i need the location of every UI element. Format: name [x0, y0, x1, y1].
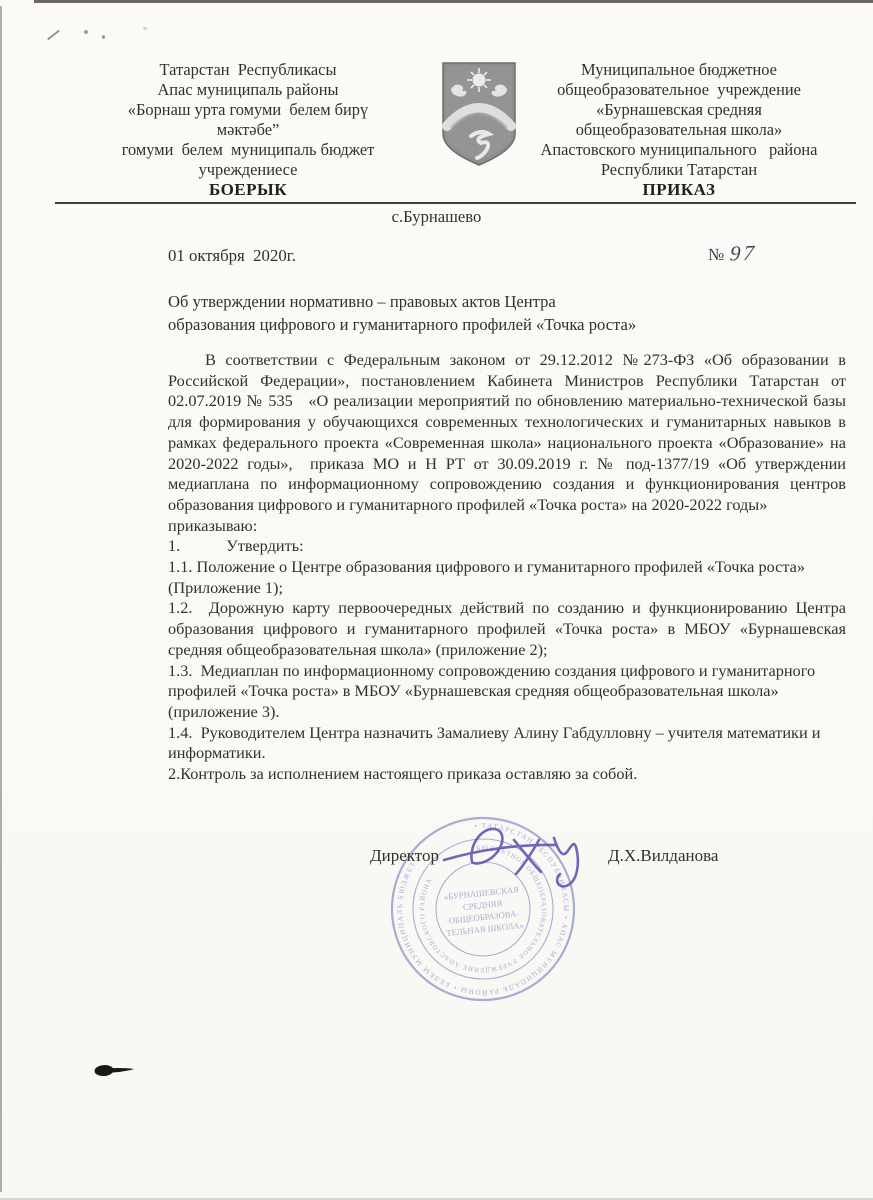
signatory-name: Д.Х.Вилданова	[608, 846, 718, 866]
header-tatar-line: учреждениесе	[60, 160, 436, 180]
item-1-1-line1: 1.1. Положение о Центре образования цифр…	[168, 557, 846, 578]
item-1-1-line2: (Приложение 1);	[168, 578, 846, 599]
order-title-russian: ПРИКАЗ	[496, 180, 862, 200]
scan-speck	[47, 30, 60, 41]
order-subject: Об утверждении нормативно – правовых акт…	[168, 290, 768, 336]
header-russian-line: «Бурнашевская средняя	[496, 100, 862, 120]
header-tatar: Татарстан Республикасы Апас муниципаль р…	[60, 60, 436, 200]
header-russian-line: общеобразовательная школа»	[496, 120, 862, 140]
header-divider	[55, 202, 856, 204]
ink-blot	[92, 1060, 138, 1080]
header-russian-line: Республики Татарстан	[496, 160, 862, 180]
item-1-2: 1.2. Дорожную карту первоочередных дейст…	[168, 598, 846, 660]
scan-edge-left	[0, 6, 2, 1192]
subject-line: образования цифрового и гуманитарного пр…	[168, 313, 768, 336]
header-russian: Муниципальное бюджетное общеобразователь…	[496, 60, 862, 200]
order-body: В соответствии с Федеральным законом от …	[168, 350, 846, 785]
header-tatar-line: Апас муниципаль районы	[60, 80, 436, 100]
order-title-tatar: БОЕРЫК	[60, 180, 436, 200]
scan-speck	[84, 30, 88, 34]
item-1: 1.Утвердить:	[168, 536, 846, 557]
header-tatar-line: гомуми белем муниципаль бюджет	[60, 140, 436, 160]
settlement-name: с.Бурнашево	[0, 207, 873, 227]
item-1-4: 1.4. Руководителем Центра назначить Зама…	[168, 723, 846, 764]
header-russian-line: общеобразовательное учреждение	[496, 80, 862, 100]
header-tatar-line: «Борнаш урта гомуми белем бирү	[60, 100, 436, 120]
scan-speck	[102, 35, 105, 39]
order-number-handwritten: 97	[729, 240, 758, 266]
item-1-text: Утвердить:	[226, 536, 303, 555]
intro-paragraph: В соответствии с Федеральным законом от …	[168, 350, 846, 516]
signatory-position: Директор	[370, 846, 439, 866]
subject-line: Об утверждении нормативно – правовых акт…	[168, 290, 768, 313]
header-russian-line: Муниципальное бюджетное	[496, 60, 862, 80]
header-tatar-line: мәктәбе”	[60, 120, 436, 140]
scan-speck	[143, 27, 147, 30]
order-date: 01 октября 2020г.	[168, 246, 296, 266]
header-tatar-line: Татарстан Республикасы	[60, 60, 436, 80]
scan-edge-top	[34, 0, 873, 3]
order-number: №97	[708, 241, 757, 266]
item-1-label: 1.	[168, 536, 180, 555]
scanned-order-page: Татарстан Республикасы Апас муниципаль р…	[0, 0, 873, 1200]
number-sign: №	[708, 245, 724, 264]
order-word: приказываю:	[168, 516, 846, 537]
item-1-3: 1.3. Медиаплан по информационному сопров…	[168, 661, 846, 723]
item-2: 2.Контроль за исполнением настоящего при…	[168, 764, 846, 785]
header-russian-line: Апастовского муниципального района	[496, 140, 862, 160]
director-signature	[438, 812, 608, 902]
